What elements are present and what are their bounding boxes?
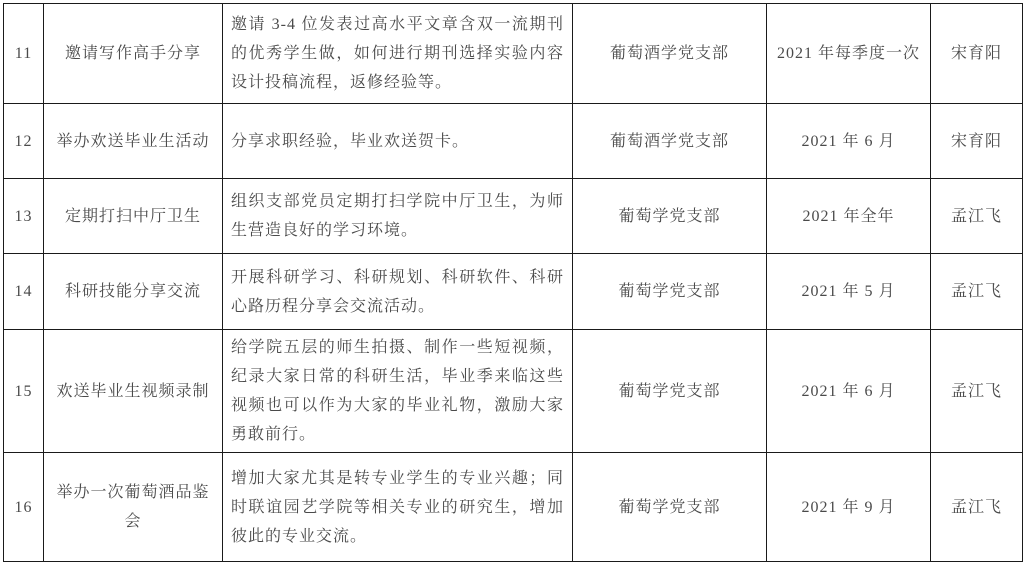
responsible-person: 孟江飞 (931, 254, 1023, 330)
table-row: 13 定期打扫中厅卫生 组织支部党员定期打扫学院中厅卫生，为师生营造良好的学习环… (4, 179, 1023, 254)
row-index: 16 (4, 453, 44, 562)
responsible-person: 孟江飞 (931, 453, 1023, 562)
activity-name: 邀请写作高手分享 (44, 4, 223, 104)
table-row: 14 科研技能分享交流 开展科研学习、科研规划、科研软件、科研心路历程分享会交流… (4, 254, 1023, 330)
activity-plan-table: 11 邀请写作高手分享 邀请 3-4 位发表过高水平文章含双一流期刊的优秀学生做… (3, 3, 1023, 562)
row-index: 11 (4, 4, 44, 104)
activity-description: 组织支部党员定期打扫学院中厅卫生，为师生营造良好的学习环境。 (223, 179, 573, 254)
row-index: 14 (4, 254, 44, 330)
responsible-person: 孟江飞 (931, 330, 1023, 453)
table-row: 16 举办一次葡萄酒品鉴会 增加大家尤其是转专业学生的专业兴趣；同时联谊园艺学院… (4, 453, 1023, 562)
activity-name: 定期打扫中厅卫生 (44, 179, 223, 254)
responsible-person: 宋育阳 (931, 104, 1023, 179)
activity-description: 增加大家尤其是转专业学生的专业兴趣；同时联谊园艺学院等相关专业的研究生，增加彼此… (223, 453, 573, 562)
organizing-branch: 葡萄学党支部 (573, 453, 767, 562)
organizing-branch: 葡萄学党支部 (573, 179, 767, 254)
schedule-time: 2021 年全年 (767, 179, 931, 254)
row-index: 15 (4, 330, 44, 453)
activity-name: 举办欢送毕业生活动 (44, 104, 223, 179)
activity-name: 科研技能分享交流 (44, 254, 223, 330)
organizing-branch: 葡萄酒学党支部 (573, 104, 767, 179)
table-row: 15 欢送毕业生视频录制 给学院五层的师生拍摄、制作一些短视频，纪录大家日常的科… (4, 330, 1023, 453)
activity-description: 开展科研学习、科研规划、科研软件、科研心路历程分享会交流活动。 (223, 254, 573, 330)
responsible-person: 孟江飞 (931, 179, 1023, 254)
row-index: 12 (4, 104, 44, 179)
schedule-time: 2021 年 5 月 (767, 254, 931, 330)
responsible-person: 宋育阳 (931, 4, 1023, 104)
row-index: 13 (4, 179, 44, 254)
schedule-time: 2021 年 6 月 (767, 330, 931, 453)
activity-description: 分享求职经验，毕业欢送贺卡。 (223, 104, 573, 179)
activity-description: 给学院五层的师生拍摄、制作一些短视频，纪录大家日常的科研生活，毕业季来临这些视频… (223, 330, 573, 453)
activity-description: 邀请 3-4 位发表过高水平文章含双一流期刊的优秀学生做，如何进行期刊选择实验内… (223, 4, 573, 104)
table-row: 12 举办欢送毕业生活动 分享求职经验，毕业欢送贺卡。 葡萄酒学党支部 2021… (4, 104, 1023, 179)
schedule-time: 2021 年每季度一次 (767, 4, 931, 104)
schedule-time: 2021 年 9 月 (767, 453, 931, 562)
schedule-time: 2021 年 6 月 (767, 104, 931, 179)
table-row: 11 邀请写作高手分享 邀请 3-4 位发表过高水平文章含双一流期刊的优秀学生做… (4, 4, 1023, 104)
organizing-branch: 葡萄学党支部 (573, 254, 767, 330)
organizing-branch: 葡萄学党支部 (573, 330, 767, 453)
activity-name: 举办一次葡萄酒品鉴会 (44, 453, 223, 562)
organizing-branch: 葡萄酒学党支部 (573, 4, 767, 104)
activity-name: 欢送毕业生视频录制 (44, 330, 223, 453)
